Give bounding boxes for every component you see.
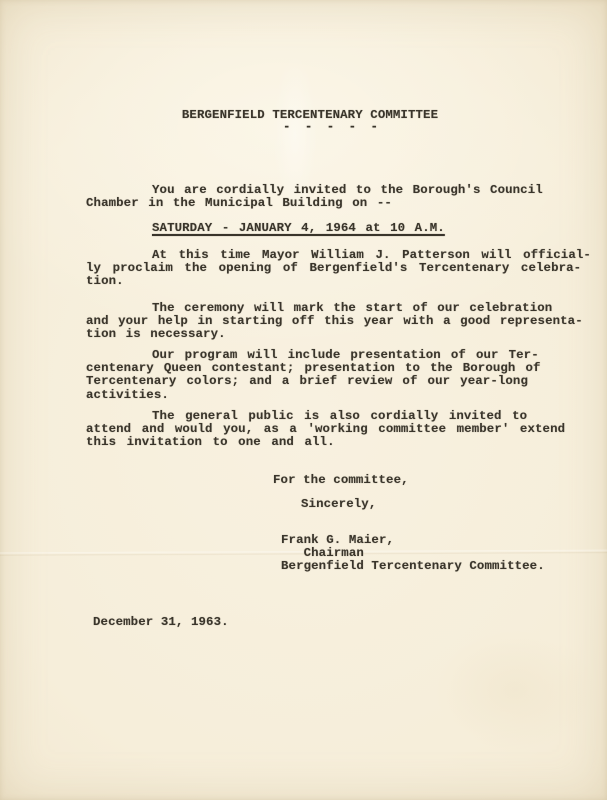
paragraph-intro: You are cordially invited to the Borough… — [86, 184, 543, 210]
signature-block: Frank G. Maier, Chairman Bergenfield Ter… — [281, 534, 545, 574]
paragraph-proclamation: At this time Mayor William J. Patterson … — [86, 249, 591, 289]
event-date-line: SATURDAY - JANUARY 4, 1964 at 10 A.M. — [152, 222, 445, 235]
letter-page: BERGENFIELD TERCENTENARY COMMITTEE - - -… — [0, 0, 607, 800]
paragraph-ceremony: The ceremony will mark the start of our … — [86, 302, 583, 342]
paragraph-program: Our program will include presentation of… — [86, 349, 541, 402]
paragraph-public-invite: The general public is also cordially inv… — [86, 410, 565, 450]
paper-blotch — [430, 620, 600, 760]
title-separator-dashes: - - - - - — [283, 120, 380, 135]
letter-date: December 31, 1963. — [93, 616, 229, 629]
closing-salutation: Sincerely, — [301, 498, 376, 511]
closing-for-committee: For the committee, — [273, 474, 409, 487]
